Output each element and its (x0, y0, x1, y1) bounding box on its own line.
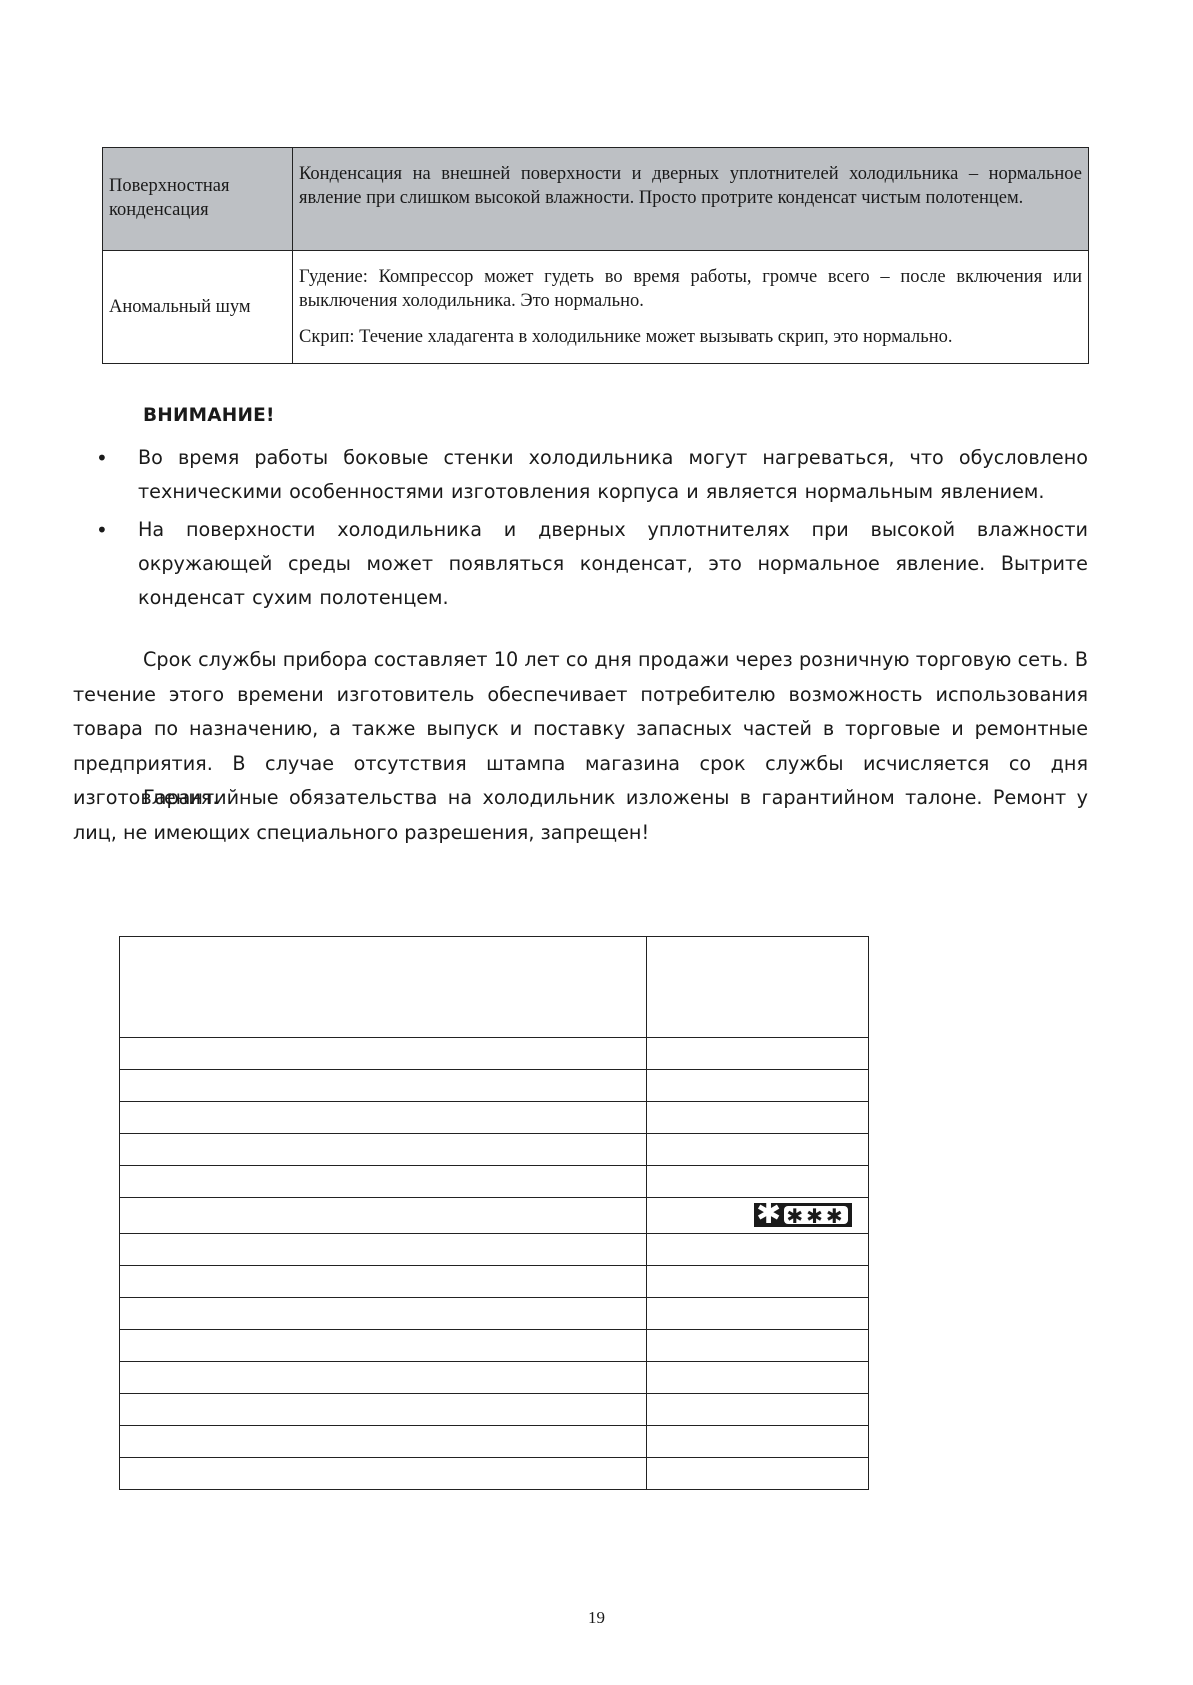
table-row-surface-condensation: Поверхностная конденсация Конденсация на… (103, 148, 1088, 251)
page-number: 19 (0, 1608, 1193, 1628)
table-cell (120, 1298, 647, 1330)
table-cell (647, 1458, 869, 1490)
table-cell (120, 1362, 647, 1394)
table-cell (120, 1394, 647, 1426)
table-cell (647, 1070, 869, 1102)
specification-table: ✱✱✱✱ (119, 936, 869, 1490)
table-cell (120, 1134, 647, 1166)
table-row (120, 1330, 869, 1362)
table-cell (647, 1362, 869, 1394)
table-cell (120, 1070, 647, 1102)
table-cell (647, 1102, 869, 1134)
table-cell (647, 1394, 869, 1426)
table-row (120, 1394, 869, 1426)
attention-item: На поверхности холодильника и дверных уп… (138, 513, 1088, 615)
table-cell (647, 1166, 869, 1198)
table-row (120, 1458, 869, 1490)
table-header-row (120, 937, 869, 1038)
attention-item: Во время работы боковые стенки холодильн… (138, 441, 1088, 509)
table-cell (120, 1458, 647, 1490)
table-cell (647, 1266, 869, 1298)
big-star-icon: ✱ (756, 1200, 780, 1228)
table-cell (647, 1426, 869, 1458)
table-cell (647, 1038, 869, 1070)
table-cell (647, 937, 869, 1038)
table-row (120, 1298, 869, 1330)
table-cell (647, 1234, 869, 1266)
table-cell: ✱✱✱✱ (647, 1198, 869, 1234)
table-cell (120, 1234, 647, 1266)
attention-heading: ВНИМАНИЕ! (143, 405, 275, 426)
table-cell (647, 1330, 869, 1362)
table-row: ✱✱✱✱ (120, 1198, 869, 1234)
table-row (120, 1362, 869, 1394)
column-divider (292, 148, 293, 363)
table-cell (120, 1102, 647, 1134)
table-row (120, 1134, 869, 1166)
table-cell (120, 1266, 647, 1298)
freezer-four-star-icon: ✱✱✱✱ (754, 1203, 852, 1227)
table-cell (120, 1038, 647, 1070)
three-stars-icon: ✱✱✱ (784, 1206, 848, 1224)
table-cell (647, 1298, 869, 1330)
table-row-abnormal-noise: Аномальный шум Гудение: Компрессор может… (103, 251, 1088, 363)
table-cell (120, 1426, 647, 1458)
explanation-cell: Гудение: Компрессор может гудеть во врем… (299, 265, 1082, 349)
table-row (120, 1266, 869, 1298)
table-cell (120, 1330, 647, 1362)
bullet-icon: • (96, 513, 108, 547)
bullet-icon: • (96, 441, 108, 475)
explanation-cell: Конденсация на внешней поверхности и две… (299, 162, 1082, 210)
problem-cell: Поверхностная конденсация (109, 174, 287, 222)
table-row (120, 1166, 869, 1198)
table-cell (647, 1134, 869, 1166)
problem-cell: Аномальный шум (109, 295, 287, 319)
table-row (120, 1102, 869, 1134)
table-row (120, 1234, 869, 1266)
explanation-squeak: Скрип: Течение хладагента в холодильнике… (299, 325, 1082, 349)
table-row (120, 1426, 869, 1458)
table-cell (120, 1198, 647, 1234)
table-cell (120, 1166, 647, 1198)
table-row (120, 1038, 869, 1070)
table-row (120, 1070, 869, 1102)
table-cell (120, 937, 647, 1038)
explanation-humming: Гудение: Компрессор может гудеть во врем… (299, 265, 1082, 313)
troubleshooting-table: Поверхностная конденсация Конденсация на… (102, 147, 1089, 364)
warranty-paragraph: Гарантийные обязательства на холодильник… (73, 781, 1088, 850)
